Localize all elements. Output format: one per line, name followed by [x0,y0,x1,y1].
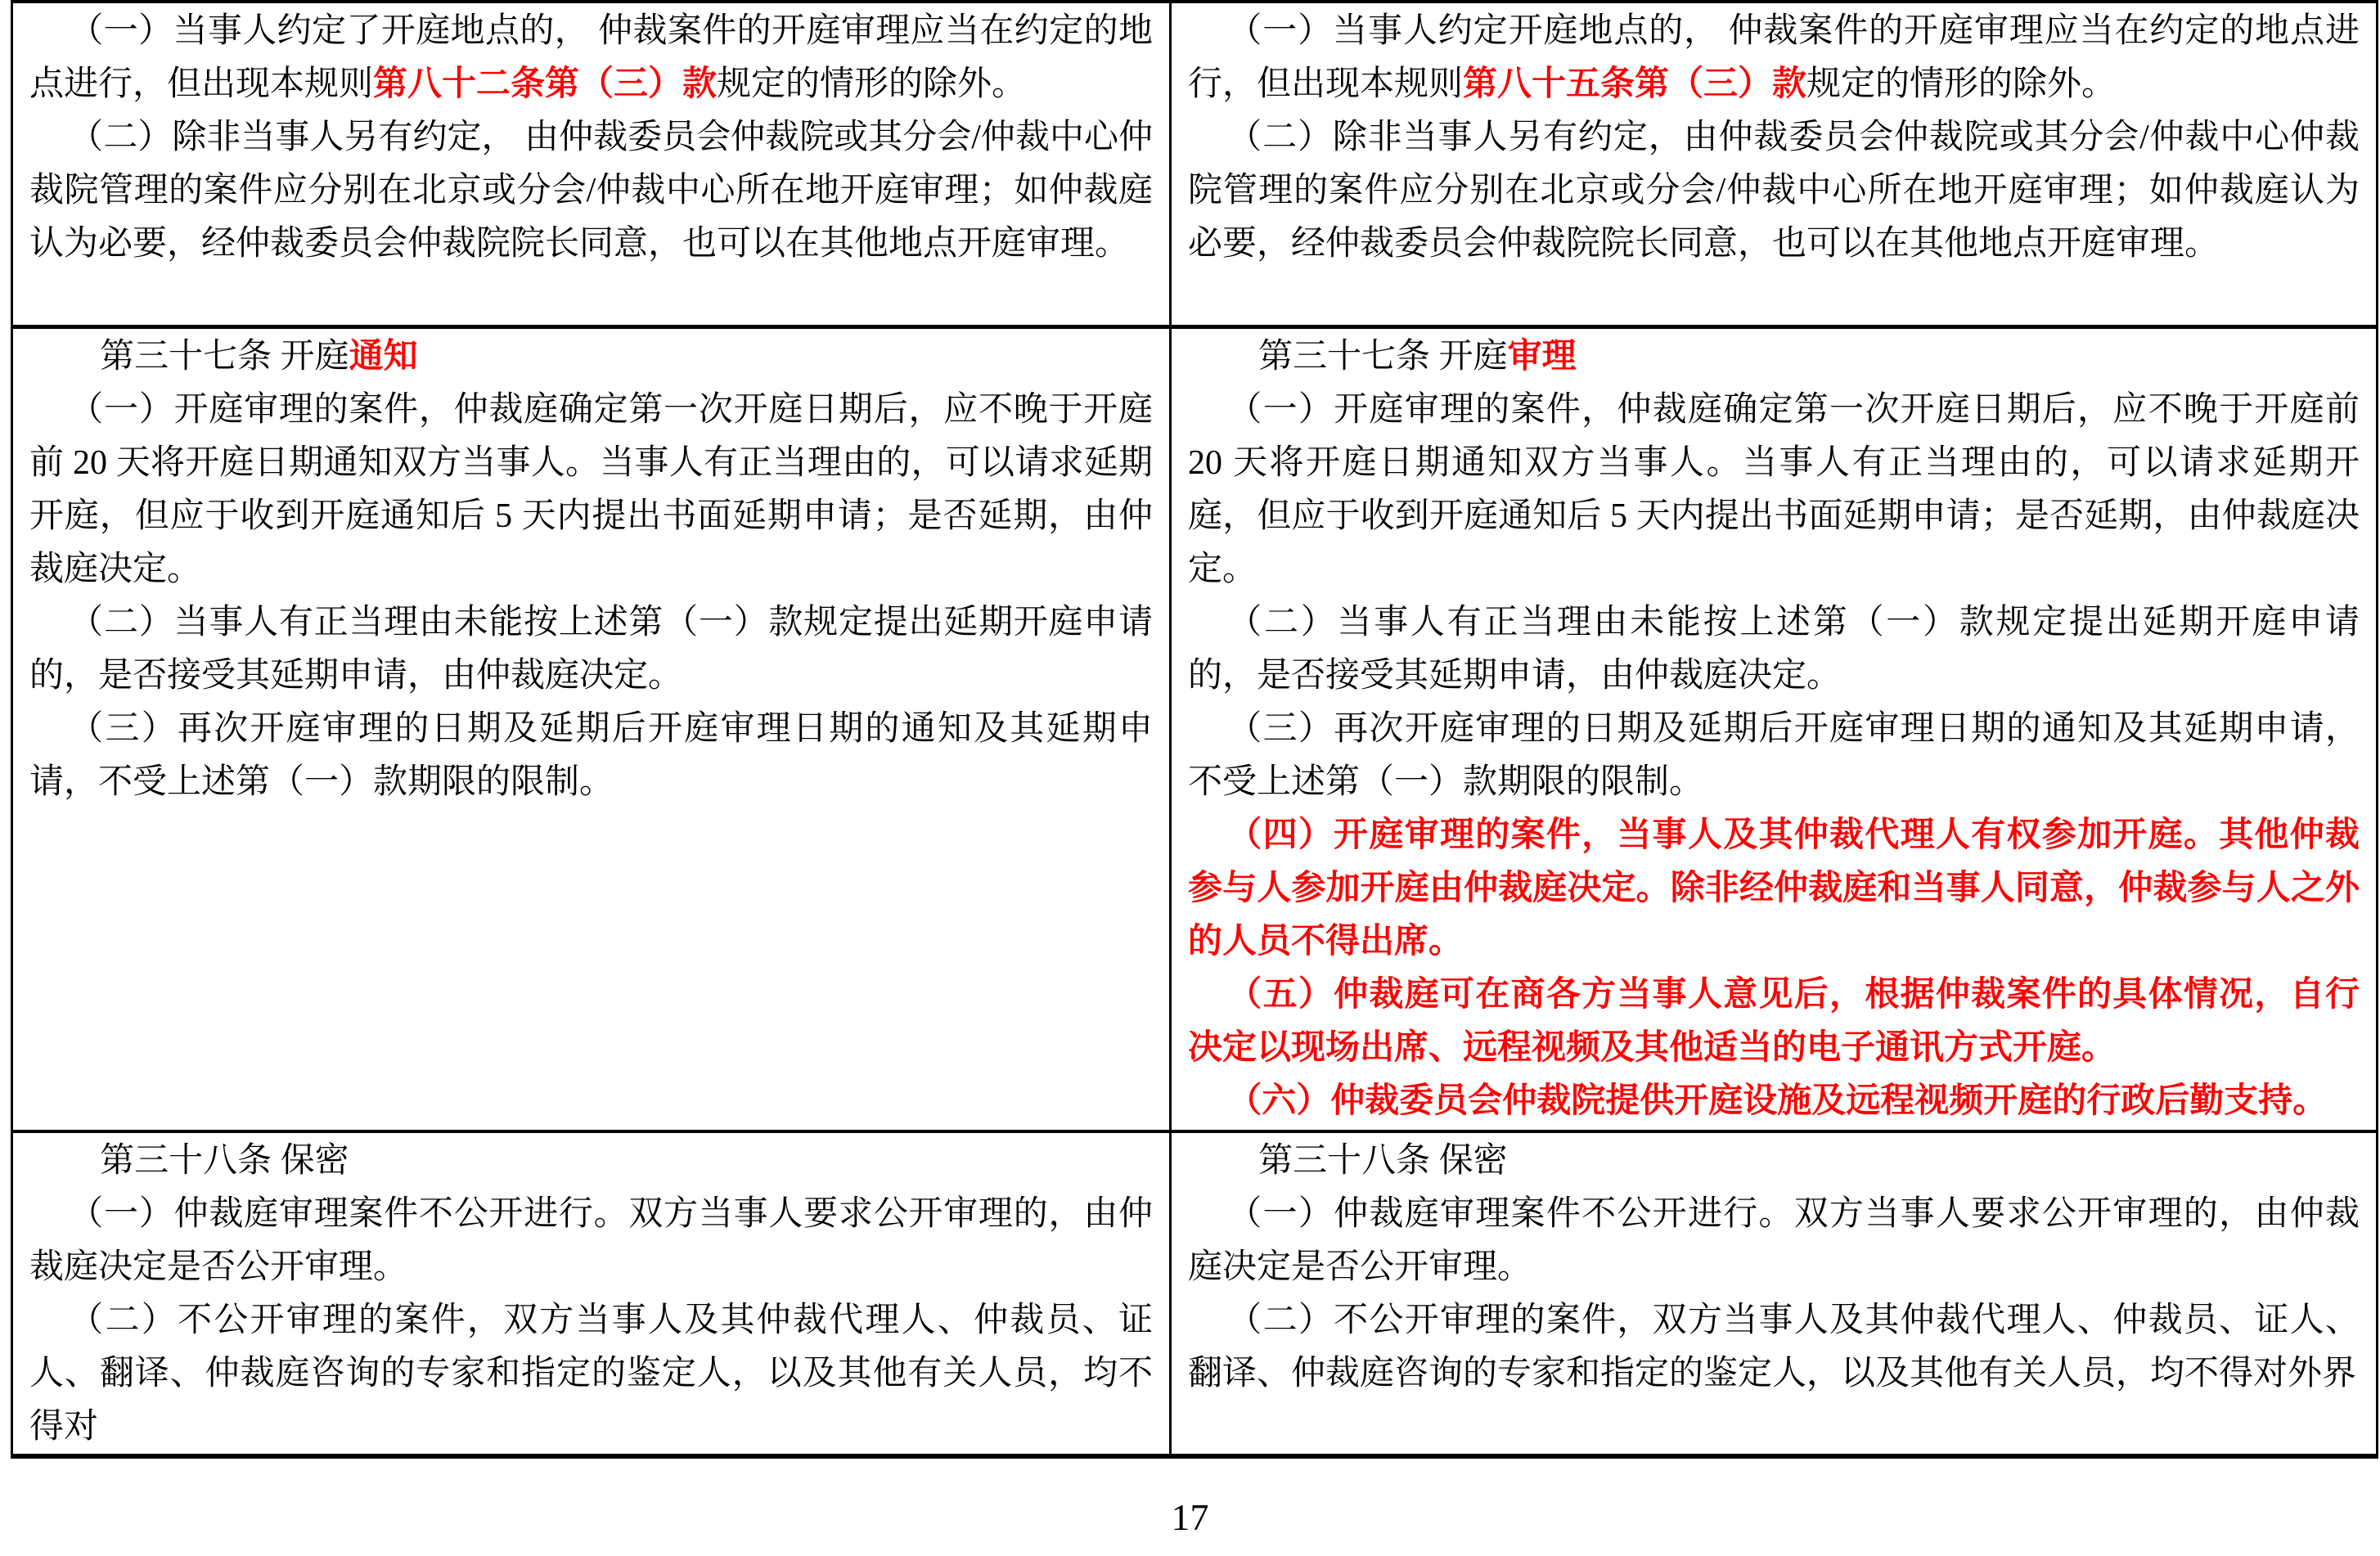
text-segment: （三）再次开庭审理的日期及延期后开庭审理日期的通知及其延期申请，不受上述第（一）… [1188,710,2360,801]
clause-paragraph: （二）除非当事人另有约定， 由仲裁委员会仲裁院或其分会/仲裁中心仲裁院管理的案件… [29,111,1153,271]
old-rules-cell-article36: （一）当事人约定了开庭地点的， 仲裁案件的开庭审理应当在约定的地点进行，但出现本… [12,2,1171,327]
old-rules-cell-article38: 第三十八条 保密（一）仲裁庭审理案件不公开进行。双方当事人要求公开审理的，由仲裁… [12,1131,1171,1456]
article-title: 第三十八条 保密 [29,1135,1153,1188]
table-row-article38-confidentiality: 第三十八条 保密（一）仲裁庭审理案件不公开进行。双方当事人要求公开审理的，由仲裁… [12,1131,2378,1456]
clause-paragraph: （二）当事人有正当理由未能按上述第（一）款规定提出延期开庭申请的，是否接受其延期… [1188,596,2360,703]
clause-paragraph: （三）再次开庭审理的日期及延期后开庭审理日期的通知及其延期申请，不受上述第（一）… [29,703,1153,809]
clause-paragraph: （一）开庭审理的案件，仲裁庭确定第一次开庭日期后，应不晚于开庭前 20 天将开庭… [1188,384,2360,596]
clause-paragraph: （一）当事人约定了开庭地点的， 仲裁案件的开庭审理应当在约定的地点进行，但出现本… [29,5,1153,111]
revision-highlight-text: （六）仲裁委员会仲裁院提供开庭设施及远程视频开庭的行政后勤支持。 [1227,1082,2327,1120]
text-segment: 第三十七条 开庭 [100,338,349,376]
rules-comparison-table: （一）当事人约定了开庭地点的， 仲裁案件的开庭审理应当在约定的地点进行，但出现本… [11,0,2378,1459]
text-segment: （一）仲裁庭审理案件不公开进行。双方当事人要求公开审理的，由仲裁庭决定是否公开审… [29,1195,1153,1286]
revision-highlight-text: （五）仲裁庭可在商各方当事人意见后，根据仲裁案件的具体情况，自行决定以现场出席、… [1188,976,2360,1067]
text-segment: （二）除非当事人另有约定， 由仲裁委员会仲裁院或其分会/仲裁中心仲裁院管理的案件… [29,119,1153,263]
clause-paragraph: （一）开庭审理的案件，仲裁庭确定第一次开庭日期后，应不晚于开庭前 20 天将开庭… [29,384,1153,596]
text-segment: （二）不公开审理的案件，双方当事人及其仲裁代理人、仲裁员、证人、翻译、仲裁庭咨询… [1188,1302,2360,1392]
clause-paragraph: （三）再次开庭审理的日期及延期后开庭审理日期的通知及其延期申请，不受上述第（一）… [1188,703,2360,809]
article-title: 第三十七条 开庭通知 [29,331,1153,384]
clause-paragraph: （二）除非当事人另有约定，由仲裁委员会仲裁院或其分会/仲裁中心仲裁院管理的案件应… [1188,111,2360,271]
text-segment: （二）除非当事人另有约定，由仲裁委员会仲裁院或其分会/仲裁中心仲裁院管理的案件应… [1188,119,2360,263]
new-rules-cell-article36: （一）当事人约定开庭地点的， 仲裁案件的开庭审理应当在约定的地点进行，但出现本规… [1171,2,2378,327]
revision-highlight-text: 通知 [349,338,418,376]
table-row-article36-hearing-place: （一）当事人约定了开庭地点的， 仲裁案件的开庭审理应当在约定的地点进行，但出现本… [12,2,2378,327]
text-segment: （二）不公开审理的案件，双方当事人及其仲裁代理人、仲裁员、证人、翻译、仲裁庭咨询… [29,1302,1153,1446]
text-segment: （一）开庭审理的案件，仲裁庭确定第一次开庭日期后，应不晚于开庭前 20 天将开庭… [1188,391,2360,588]
page-number: 17 [0,1495,2380,1539]
text-segment: （二）当事人有正当理由未能按上述第（一）款规定提出延期开庭申请的，是否接受其延期… [29,604,1153,695]
clause-paragraph: （六）仲裁委员会仲裁院提供开庭设施及远程视频开庭的行政后勤支持。 [1188,1075,2360,1128]
clause-paragraph: （五）仲裁庭可在商各方当事人意见后，根据仲裁案件的具体情况，自行决定以现场出席、… [1188,969,2360,1075]
new-rules-cell-article37: 第三十七条 开庭审理（一）开庭审理的案件，仲裁庭确定第一次开庭日期后，应不晚于开… [1171,327,2378,1132]
clause-paragraph: （一）当事人约定开庭地点的， 仲裁案件的开庭审理应当在约定的地点进行，但出现本规… [1188,5,2360,111]
text-segment: （二）当事人有正当理由未能按上述第（一）款规定提出延期开庭申请的，是否接受其延期… [1188,604,2360,695]
clause-paragraph: （二）不公开审理的案件，双方当事人及其仲裁代理人、仲裁员、证人、翻译、仲裁庭咨询… [1188,1294,2360,1401]
text-segment: （三）再次开庭审理的日期及延期后开庭审理日期的通知及其延期申请，不受上述第（一）… [29,710,1153,801]
text-segment: （一）开庭审理的案件，仲裁庭确定第一次开庭日期后，应不晚于开庭前 20 天将开庭… [29,391,1153,588]
revision-highlight-text: 第八十五条第（三）款 [1463,65,1806,103]
article-title: 第三十七条 开庭审理 [1188,331,2360,384]
text-segment: 规定的情形的除外。 [717,65,1026,103]
new-rules-cell-article38: 第三十八条 保密（一）仲裁庭审理案件不公开进行。双方当事人要求公开审理的，由仲裁… [1171,1131,2378,1456]
clause-paragraph: （一）仲裁庭审理案件不公开进行。双方当事人要求公开审理的，由仲裁庭决定是否公开审… [1188,1188,2360,1294]
revision-highlight-text: 第八十二条第（三）款 [373,65,717,103]
text-segment: 第三十八条 保密 [1258,1142,1508,1180]
revision-highlight-text: 审理 [1508,338,1577,376]
text-segment: 第三十七条 开庭 [1258,338,1508,376]
article-title: 第三十八条 保密 [1188,1135,2360,1188]
old-rules-cell-article37: 第三十七条 开庭通知（一）开庭审理的案件，仲裁庭确定第一次开庭日期后，应不晚于开… [12,327,1171,1132]
clause-paragraph: （一）仲裁庭审理案件不公开进行。双方当事人要求公开审理的，由仲裁庭决定是否公开审… [29,1188,1153,1294]
clause-paragraph: （二）当事人有正当理由未能按上述第（一）款规定提出延期开庭申请的，是否接受其延期… [29,596,1153,703]
text-segment: （一）仲裁庭审理案件不公开进行。双方当事人要求公开审理的，由仲裁庭决定是否公开审… [1188,1195,2360,1286]
text-segment: 规定的情形的除外。 [1806,65,2116,103]
revision-highlight-text: （四）开庭审理的案件，当事人及其仲裁代理人有权参加开庭。其他仲裁参与人参加开庭由… [1188,816,2360,960]
table-row-article37-hearing-notice: 第三十七条 开庭通知（一）开庭审理的案件，仲裁庭确定第一次开庭日期后，应不晚于开… [12,327,2378,1132]
clause-paragraph: （四）开庭审理的案件，当事人及其仲裁代理人有权参加开庭。其他仲裁参与人参加开庭由… [1188,809,2360,969]
text-segment: 第三十八条 保密 [100,1142,349,1180]
clause-paragraph: （二）不公开审理的案件，双方当事人及其仲裁代理人、仲裁员、证人、翻译、仲裁庭咨询… [29,1294,1153,1454]
